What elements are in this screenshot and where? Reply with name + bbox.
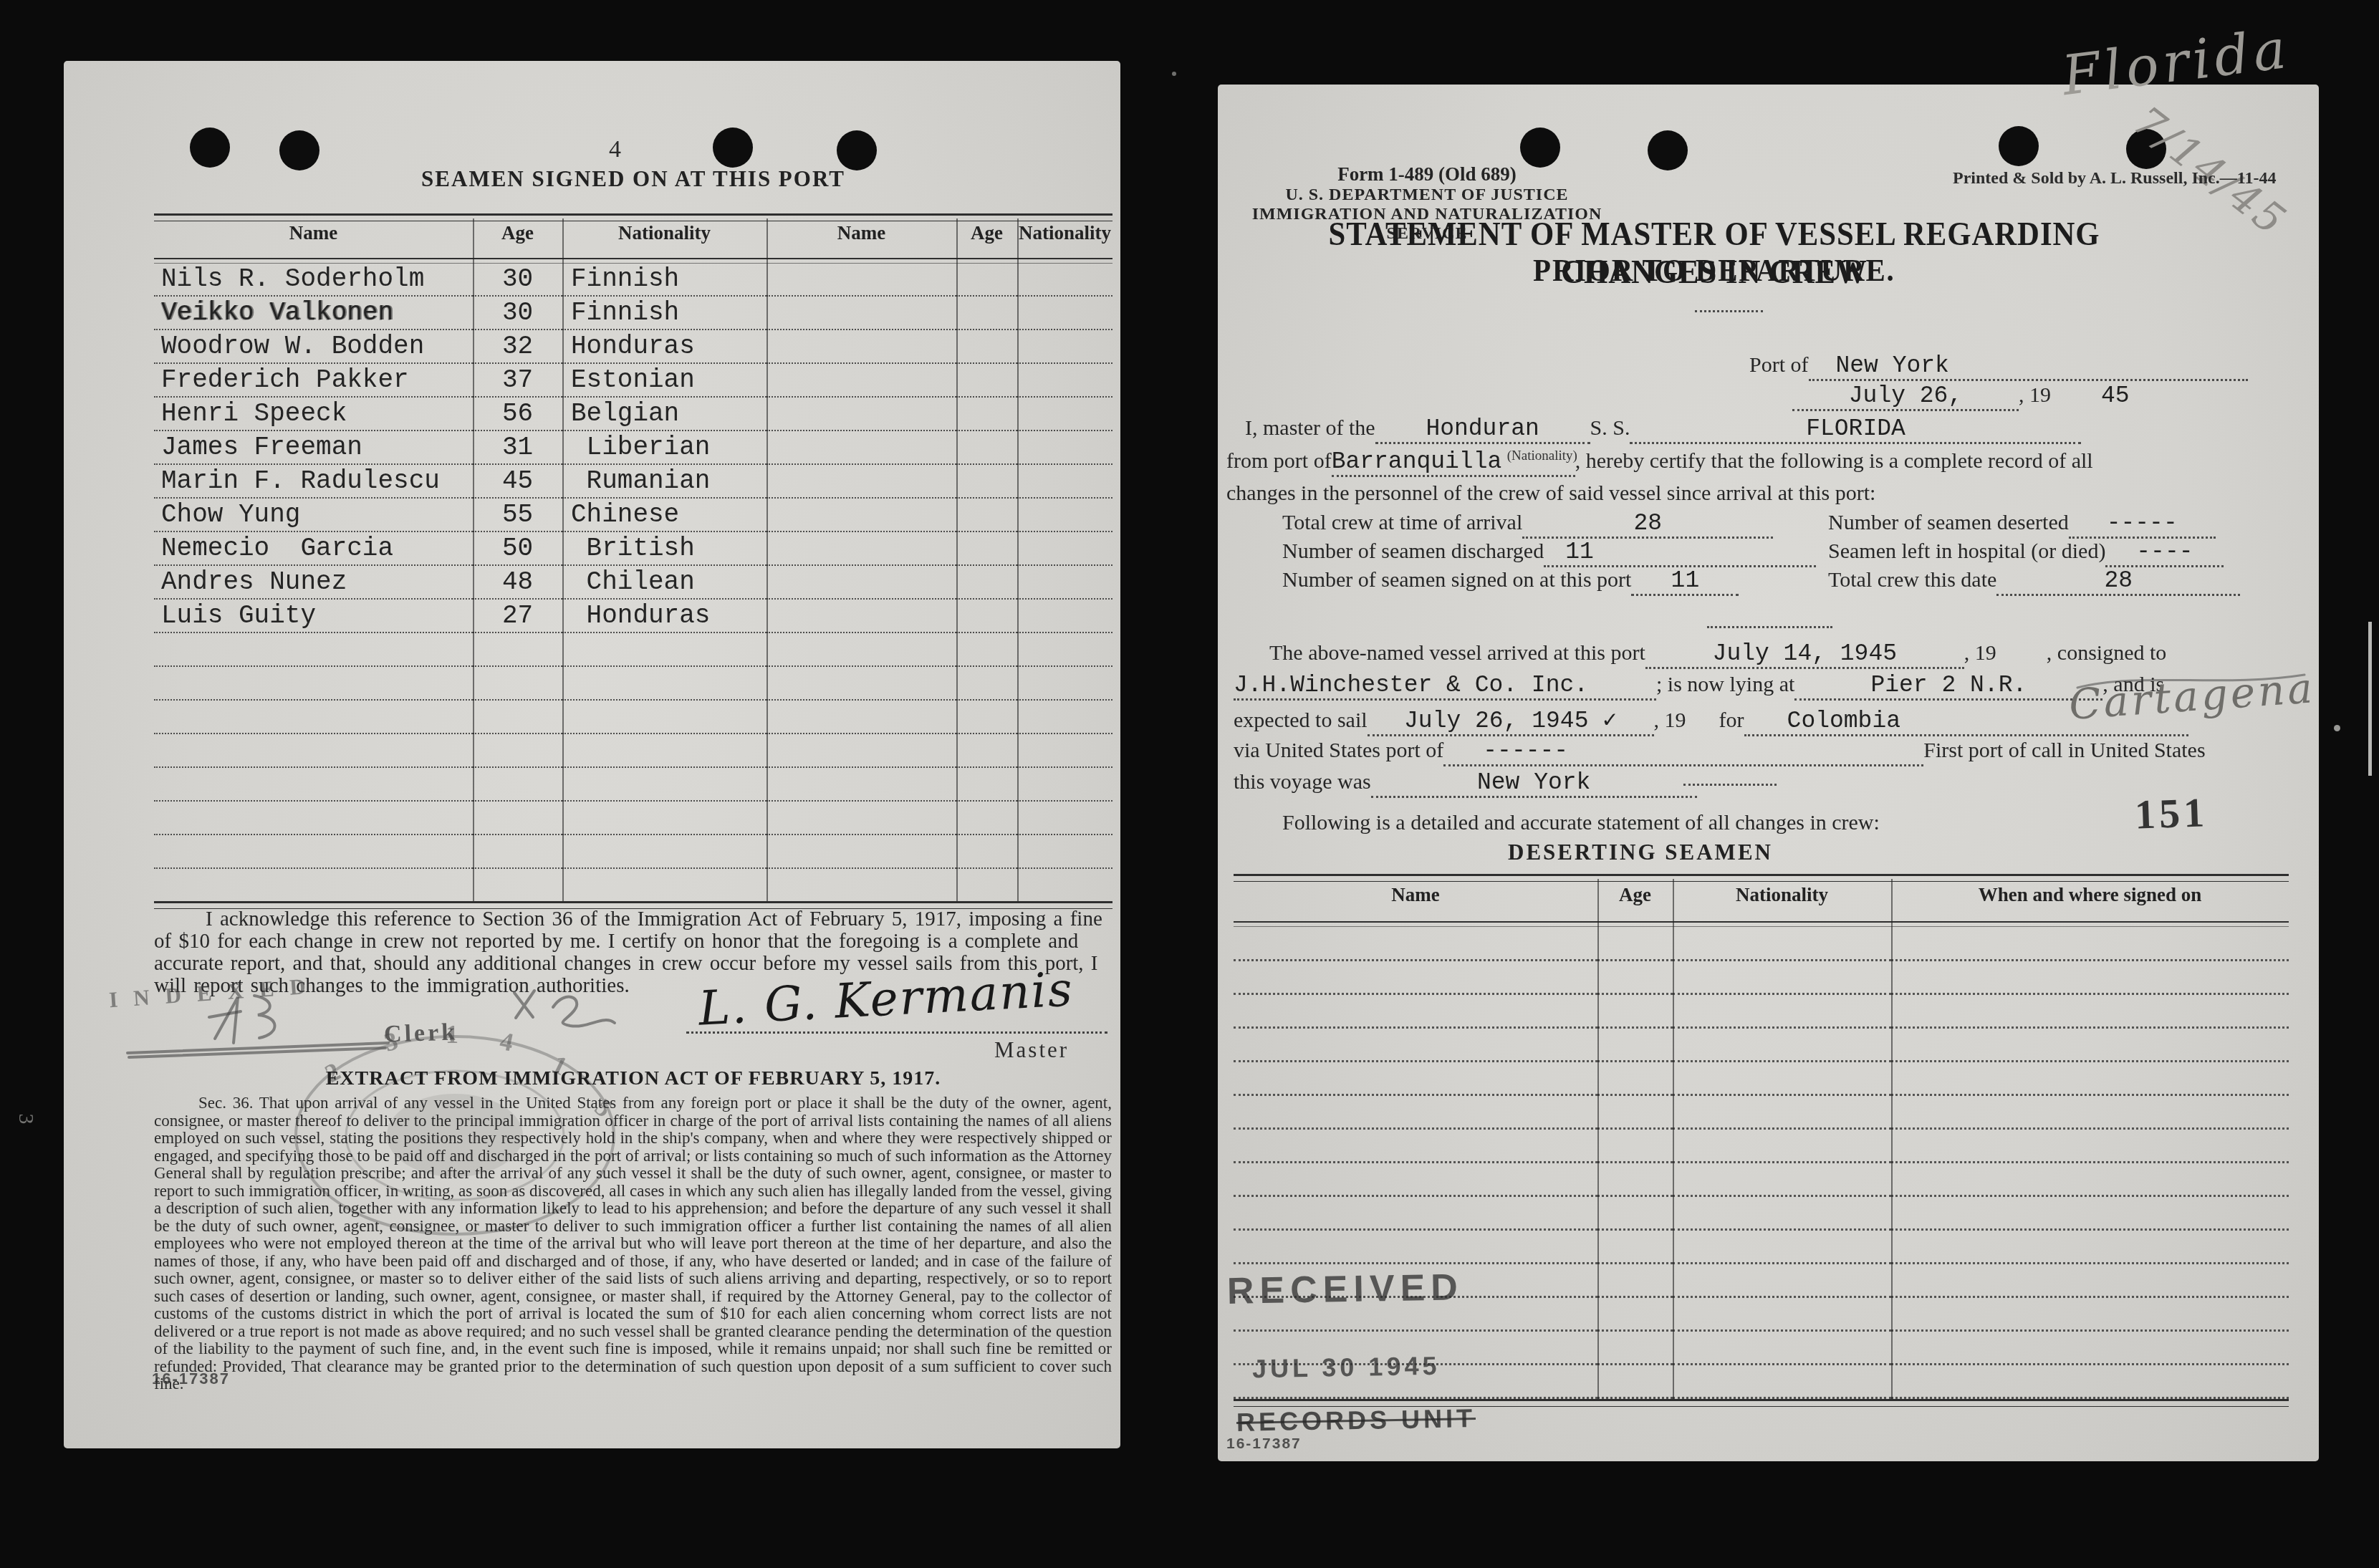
seaman-nationality: Finnish bbox=[562, 297, 766, 330]
column-divider bbox=[473, 218, 474, 901]
section-rule bbox=[1695, 310, 1763, 312]
seaman-name: Nemecio Garcia bbox=[154, 532, 473, 566]
film-scratch bbox=[2368, 622, 2372, 776]
seaman-age: 30 bbox=[473, 297, 562, 330]
punch-hole bbox=[1648, 130, 1688, 170]
column-header-nationality: Nationality bbox=[1673, 884, 1891, 906]
column-header-nationality-2: Nationality bbox=[1017, 222, 1112, 244]
form-title-line2: PRIOR TO DEPARTURE. bbox=[1267, 252, 2162, 289]
arrival-line-3: expected to sailJuly 26, 1945 ✓, 19forCo… bbox=[1234, 705, 2188, 736]
table-row-empty bbox=[154, 701, 1112, 734]
seaman-name: Chow Yung bbox=[154, 499, 473, 532]
signature-line bbox=[686, 1031, 1107, 1034]
seaman-nationality: Rumanian bbox=[562, 465, 766, 499]
table-top-rule bbox=[1234, 874, 2289, 882]
port-line: Port ofNew York bbox=[1749, 352, 2248, 381]
table-row: Veikko Valkonen30Finnish bbox=[154, 297, 1112, 330]
seaman-name: James Freeman bbox=[154, 431, 473, 465]
column-divider bbox=[766, 218, 768, 901]
seaman-age: 56 bbox=[473, 398, 562, 431]
seaman-nationality: Honduras bbox=[562, 600, 766, 633]
column-header-age: Age bbox=[473, 222, 562, 244]
stat-value: 28 bbox=[2105, 567, 2133, 594]
master-lead: I, master of the bbox=[1245, 416, 1375, 440]
date-line: July 26,, 1945 bbox=[1792, 383, 2130, 411]
column-divider bbox=[956, 218, 958, 901]
extract-heading: EXTRACT FROM IMMIGRATION ACT OF FEBRUARY… bbox=[154, 1067, 1112, 1090]
from-port-value: Barranquilla bbox=[1332, 448, 1502, 475]
year-label: , 19 bbox=[2019, 383, 2051, 407]
destination-value: Colombia bbox=[1787, 708, 1900, 734]
left-page-title: SEAMEN SIGNED ON AT THIS PORT bbox=[154, 166, 1112, 192]
stamp-digit: 1 bbox=[446, 1020, 458, 1049]
seaman-age: 48 bbox=[473, 566, 562, 600]
stat-value: 28 bbox=[1633, 510, 1662, 537]
table-row-empty bbox=[154, 667, 1112, 701]
column-header-age: Age bbox=[1597, 884, 1673, 906]
seamen-signed-on-table: Name Age Nationality Name Age Nationalit… bbox=[154, 213, 1112, 908]
received-date-stamp: JUL 30 1945 bbox=[1252, 1351, 1441, 1385]
seaman-age: 32 bbox=[473, 330, 562, 364]
column-divider bbox=[1673, 879, 1674, 1399]
table-body: Nils R. Soderholm30Finnish Veikko Valkon… bbox=[154, 263, 1112, 903]
table-row: Woodrow W. Bodden32Honduras bbox=[154, 330, 1112, 364]
stat-value: ----- bbox=[2107, 510, 2178, 537]
sail-date-value: July 26, 1945 ✓ bbox=[1404, 708, 1617, 734]
seaman-name: Nils R. Soderholm bbox=[154, 263, 473, 297]
table-body bbox=[1234, 928, 2289, 1399]
column-divider bbox=[1597, 879, 1599, 1399]
seaman-name: Henri Speeck bbox=[154, 398, 473, 431]
master-line: I, master of theHonduranS. S.FLORIDA bbox=[1245, 415, 2081, 444]
seaman-age: 27 bbox=[473, 600, 562, 633]
punch-hole bbox=[1520, 128, 1560, 168]
deserting-seamen-table: Name Age Nationality When and where sign… bbox=[1234, 874, 2289, 1405]
table-row: Nemecio Garcia50 British bbox=[154, 532, 1112, 566]
table-row-empty bbox=[154, 869, 1112, 903]
table-row: Nils R. Soderholm30Finnish bbox=[154, 263, 1112, 297]
film-speck bbox=[1172, 72, 1176, 76]
table-row: James Freeman31 Liberian bbox=[154, 431, 1112, 465]
certify-text: , hereby certify that the following is a… bbox=[1575, 449, 2093, 473]
department-line: U. S. DEPARTMENT OF JUSTICE bbox=[1234, 186, 1620, 205]
table-row-empty bbox=[1234, 995, 2289, 1029]
first-port-value: New York bbox=[1477, 769, 1590, 796]
column-divider bbox=[562, 218, 564, 901]
table-row: Marin F. Radulescu45 Rumanian bbox=[154, 465, 1112, 499]
table-header-row: Name Age Nationality When and where sign… bbox=[1234, 884, 2289, 906]
seaman-name: Frederich Pakker bbox=[154, 364, 473, 398]
film-edge-mark: 3 bbox=[14, 1114, 38, 1125]
stat-deserted: Number of seamen deserted----- bbox=[1828, 510, 2216, 539]
seaman-age: 55 bbox=[473, 499, 562, 532]
seaman-nationality: Finnish bbox=[562, 263, 766, 297]
form-print-number: 16-17387 bbox=[152, 1370, 230, 1388]
port-value: New York bbox=[1836, 352, 1949, 379]
film-scan-background: 4 SEAMEN SIGNED ON AT THIS PORT Name Age… bbox=[0, 0, 2379, 1568]
seaman-age: 31 bbox=[473, 431, 562, 465]
table-row-empty bbox=[154, 835, 1112, 869]
deserting-seamen-heading: DESERTING SEAMEN bbox=[1404, 840, 1877, 865]
column-divider bbox=[1891, 879, 1893, 1399]
table-row-empty bbox=[1234, 1062, 2289, 1096]
records-unit-stamp: RECORDS UNIT bbox=[1236, 1403, 1476, 1438]
following-line: Following is a detailed and accurate sta… bbox=[1282, 811, 1880, 835]
stat-total-arrival: Total crew at time of arrival28 bbox=[1282, 510, 1773, 539]
stat-value: 11 bbox=[1565, 539, 1594, 565]
column-header-age-2: Age bbox=[956, 222, 1017, 244]
year-value: 45 bbox=[2101, 383, 2130, 409]
film-speck bbox=[2334, 725, 2340, 731]
seaman-nationality: British bbox=[562, 532, 766, 566]
table-row-empty bbox=[1234, 1029, 2289, 1062]
column-header-signed-on: When and where signed on bbox=[1891, 884, 2289, 906]
certify-line-2: changes in the personnel of the crew of … bbox=[1226, 481, 1875, 506]
pier-value: Pier 2 N.R. bbox=[1870, 672, 2027, 698]
punch-hole bbox=[190, 128, 230, 168]
table-row-empty bbox=[154, 768, 1112, 802]
from-port-label: from port of bbox=[1226, 449, 1332, 473]
form-number-line: Form 1-489 (Old 689) bbox=[1234, 163, 1620, 186]
table-row: Chow Yung55Chinese bbox=[154, 499, 1112, 532]
port-label: Port of bbox=[1749, 353, 1809, 377]
seaman-name: Veikko Valkonen bbox=[154, 297, 473, 330]
form-print-number: 16-17387 bbox=[1226, 1435, 1302, 1453]
table-row-empty bbox=[154, 633, 1112, 667]
column-header-nationality: Nationality bbox=[562, 222, 766, 244]
seaman-nationality: Estonian bbox=[562, 364, 766, 398]
column-header-name-2: Name bbox=[766, 222, 956, 244]
table-row: Luis Guity27 Honduras bbox=[154, 600, 1112, 633]
from-port-line: from port ofBarranquilla (Nationality), … bbox=[1226, 448, 2093, 477]
column-divider bbox=[1017, 218, 1019, 901]
table-row-empty bbox=[1234, 1197, 2289, 1231]
seaman-name: Andres Nunez bbox=[154, 566, 473, 600]
stat-signed-on: Number of seamen signed on at this port1… bbox=[1282, 567, 1739, 596]
arrival-line-1: The above-named vessel arrived at this p… bbox=[1269, 640, 2166, 669]
master-label: Master bbox=[994, 1037, 1069, 1063]
table-row: Henri Speeck56Belgian bbox=[154, 398, 1112, 431]
seaman-name: Woodrow W. Bodden bbox=[154, 330, 473, 364]
table-row-empty bbox=[1234, 1163, 2289, 1197]
seaman-nationality: Chilean bbox=[562, 566, 766, 600]
table-row-empty bbox=[1234, 961, 2289, 995]
punch-hole bbox=[1999, 126, 2039, 166]
stat-hospital: Seamen left in hospital (or died)---- bbox=[1828, 539, 2224, 567]
seaman-nationality: Liberian bbox=[562, 431, 766, 465]
stamp-digit: 4 bbox=[497, 1026, 516, 1057]
nationality-caption: (Nationality) bbox=[1507, 448, 1577, 463]
stat-discharged: Number of seamen discharged11 bbox=[1282, 539, 1816, 567]
seaman-nationality: Chinese bbox=[562, 499, 766, 532]
table-row-empty bbox=[1234, 1096, 2289, 1130]
arrival-line-5: this voyage wasNew York bbox=[1234, 769, 1697, 798]
table-row-empty bbox=[154, 734, 1112, 768]
column-header-name: Name bbox=[154, 222, 473, 244]
consignee-value: J.H.Winchester & Co. Inc. bbox=[1234, 672, 1588, 698]
table-row: Frederich Pakker37Estonian bbox=[154, 364, 1112, 398]
punch-hole bbox=[279, 130, 319, 170]
table-row-empty bbox=[154, 802, 1112, 835]
ss-label: S. S. bbox=[1590, 416, 1630, 440]
table-header-row: Name Age Nationality Name Age Nationalit… bbox=[154, 222, 1112, 244]
seaman-nationality: Honduras bbox=[562, 330, 766, 364]
vessel-nationality-value: Honduran bbox=[1426, 415, 1539, 442]
punch-hole bbox=[713, 128, 753, 168]
stat-value: 11 bbox=[1671, 567, 1700, 594]
table-header-rule bbox=[1234, 921, 2289, 927]
seaman-age: 45 bbox=[473, 465, 562, 499]
number-stamp-151: 151 bbox=[2134, 788, 2209, 839]
stat-value: ---- bbox=[2136, 539, 2193, 565]
table-row-empty bbox=[1234, 1231, 2289, 1264]
extract-body: Sec. 36. That upon arrival of any vessel… bbox=[154, 1095, 1112, 1393]
stat-total-date: Total crew this date28 bbox=[1828, 567, 2240, 596]
column-header-name: Name bbox=[1234, 884, 1597, 906]
table-row-empty bbox=[1234, 1130, 2289, 1163]
seaman-name: Marin F. Radulescu bbox=[154, 465, 473, 499]
seaman-name: Luis Guity bbox=[154, 600, 473, 633]
page-number: 4 bbox=[609, 136, 621, 163]
seaman-nationality: Belgian bbox=[562, 398, 766, 431]
seaman-age: 30 bbox=[473, 263, 562, 297]
pen-underline-flourish bbox=[2074, 666, 2310, 695]
printer-credit: Printed & Sold by A. L. Russell, Inc.—11… bbox=[1953, 169, 2276, 188]
section-rule bbox=[1683, 784, 1777, 786]
table-row-empty bbox=[1234, 928, 2289, 961]
received-stamp: RECEIVED bbox=[1227, 1266, 1464, 1313]
vessel-name-value: FLORIDA bbox=[1806, 415, 1905, 442]
arrival-date-value: July 14, 1945 bbox=[1713, 640, 1897, 667]
punch-hole bbox=[837, 130, 877, 170]
via-port-value: ------ bbox=[1483, 738, 1568, 764]
date-value: July 26, bbox=[1849, 383, 1962, 409]
table-top-rule bbox=[154, 213, 1112, 221]
table-row: Andres Nunez48 Chilean bbox=[154, 566, 1112, 600]
seaman-age: 50 bbox=[473, 532, 562, 566]
seaman-age: 37 bbox=[473, 364, 562, 398]
arrival-line-4: via United States port of------First por… bbox=[1234, 738, 2206, 766]
arrival-line-2: J.H.Winchester & Co. Inc.; is now lying … bbox=[1234, 672, 2164, 701]
section-rule bbox=[1707, 626, 1832, 628]
